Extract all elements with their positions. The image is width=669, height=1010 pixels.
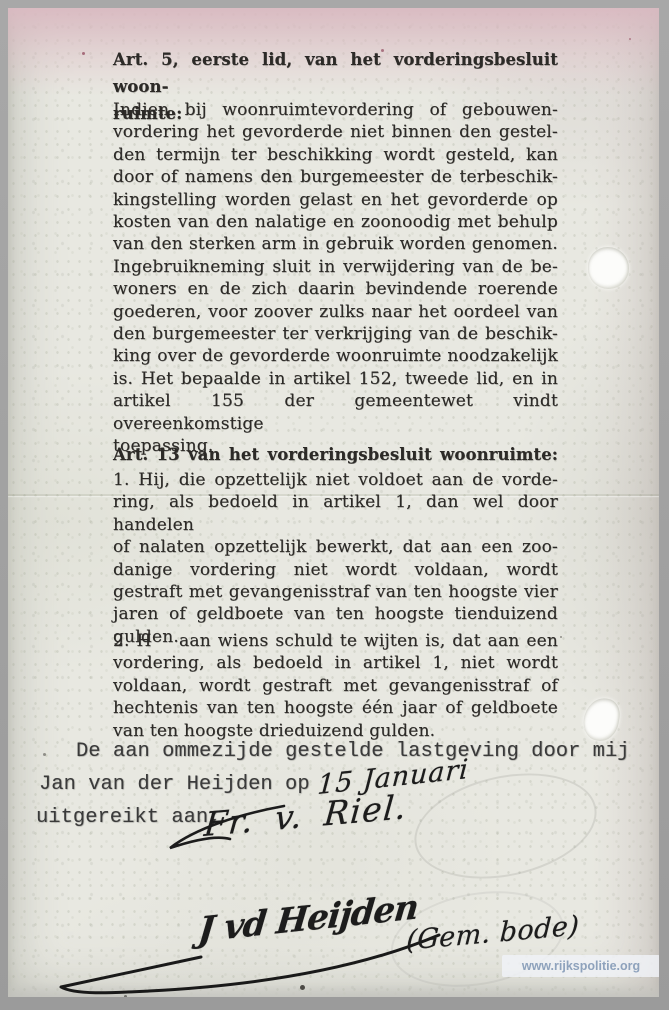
text-line: vordering, als bedoeld in artikel 1, nie… <box>113 652 558 674</box>
text-line: Indien bij woonruimtevordering of gebouw… <box>113 99 558 121</box>
heading-line: Art. 13 van het vorderingsbesluit woonru… <box>113 441 558 468</box>
photo-frame: Art. 5, eerste lid, van het vorderingsbe… <box>0 0 669 1010</box>
text-line: king over de gevorderde woonruimte noodz… <box>113 345 558 367</box>
text-line: Ingebruikneming sluit in verwijdering va… <box>113 256 558 278</box>
text-line: kingstelling worden gelast en het gevord… <box>113 189 558 211</box>
art13-paragraph-1: 1. Hij, die opzettelijk niet voldoet aan… <box>113 469 558 648</box>
punch-hole-bottom <box>581 696 622 744</box>
art5-paragraph: Indien bij woonruimtevordering of gebouw… <box>113 99 558 458</box>
text-line: vordering het gevorderde niet binnen den… <box>113 121 558 143</box>
text-line: den termijn ter beschikking wordt gestel… <box>113 144 558 166</box>
text-line: kosten van den nalatige en zoonoodig met… <box>113 211 558 233</box>
text-line: hechtenis van ten hoogste één jaar of ge… <box>113 697 558 719</box>
art13-paragraph-2: 2. H aan wiens schuld te wijten is, dat … <box>113 630 558 742</box>
text-line: gestraft met gevangenisstraf van ten hoo… <box>113 581 558 603</box>
text-line: is. Het bepaalde in artikel 152, tweede … <box>113 368 558 390</box>
text-line: 1. Hij, die opzettelijk niet voldoet aan… <box>113 469 558 491</box>
ink-speck <box>560 636 562 638</box>
punch-hole-top <box>588 247 629 289</box>
text-line: van ten hoogste drieduizend gulden. <box>113 720 558 742</box>
text-line: jaren of geldboete van ten hoogste tiend… <box>113 603 558 625</box>
heading-line: Art. 5, eerste lid, van het vorderingsbe… <box>113 46 558 100</box>
text-line: danige vordering niet wordt voldaan, wor… <box>113 559 558 581</box>
document-page: Art. 5, eerste lid, van het vorderingsbe… <box>8 8 659 997</box>
text-line: woners en de zich daarin bevindende roer… <box>113 278 558 300</box>
text-line: van den sterken arm in gebruik worden ge… <box>113 233 558 255</box>
watermark: www.rijkspolitie.org <box>502 955 659 977</box>
text-line: of nalaten opzettelijk bewerkt, dat aan … <box>113 536 558 558</box>
typed-line-2: Jan van der Heijden op <box>39 773 310 796</box>
text-line: ring, als bedoeld in artikel 1, dan wel … <box>113 491 558 536</box>
text-line: artikel 155 der gemeentewet vindt overee… <box>113 390 558 435</box>
typed-line-1: De aan ommezijde gestelde lastgeving doo… <box>76 740 630 763</box>
text-line: den burgemeester ter verkrijging van de … <box>113 323 558 345</box>
ink-speck <box>124 995 127 997</box>
paper-right-tint <box>589 8 659 997</box>
text-line: voldaan, wordt gestraft met gevangenisst… <box>113 675 558 697</box>
ink-speck <box>82 52 85 55</box>
ink-speck <box>300 985 305 990</box>
ink-speck <box>43 753 46 756</box>
handwritten-role: (Gem. bode) <box>406 910 581 956</box>
text-line: door of namens den burgemeester de terbe… <box>113 166 558 188</box>
text-line: 2. H aan wiens schuld te wijten is, dat … <box>113 630 558 652</box>
art13-heading: Art. 13 van het vorderingsbesluit woonru… <box>113 441 558 468</box>
text-line: goederen, voor zoover zulks naar het oor… <box>113 301 558 323</box>
paper-bottom-edge <box>8 982 659 997</box>
typed-line-3: uitgereikt aan; <box>36 806 221 829</box>
ink-speck <box>629 38 631 40</box>
handwritten-signature: J vd Heijden <box>196 887 419 951</box>
